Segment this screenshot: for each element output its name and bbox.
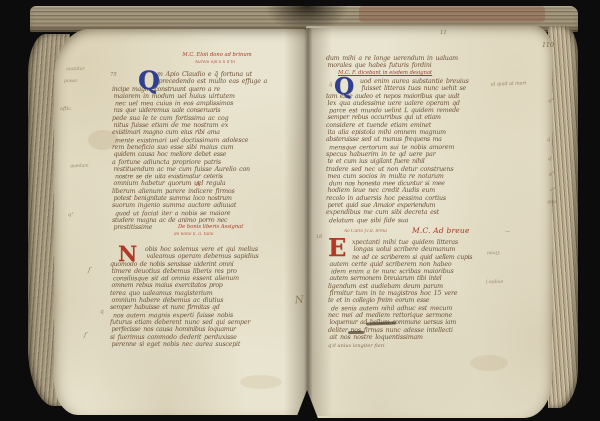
manuscript-photo: M.C. Eloii dono ad brinum Aurelii epl'a … <box>0 0 600 421</box>
margin-note: al quid al mari <box>491 81 527 87</box>
right-page-text-layer: 11 110 dum mihi a re longe uerendum in u… <box>0 0 600 421</box>
margin-note: — <box>505 229 510 235</box>
margin-note: 16 <box>316 234 322 240</box>
margin-note: g° <box>549 172 554 177</box>
margin-note: qua <box>547 200 556 205</box>
ink-blot <box>348 331 364 334</box>
margin-note: a° <box>550 188 555 193</box>
right-page-margin-notes: al quid al mariq°q̃q'g°a°qua—q̃16maqʒſ e… <box>0 0 600 421</box>
margin-note: ſ eplius <box>486 280 503 286</box>
margin-note: maqʒ <box>487 251 500 257</box>
margin-note: q° <box>548 99 553 104</box>
margin-note: q̃ <box>329 82 332 88</box>
margin-note: q' <box>548 157 552 162</box>
margin-note: q̃ <box>547 138 550 143</box>
